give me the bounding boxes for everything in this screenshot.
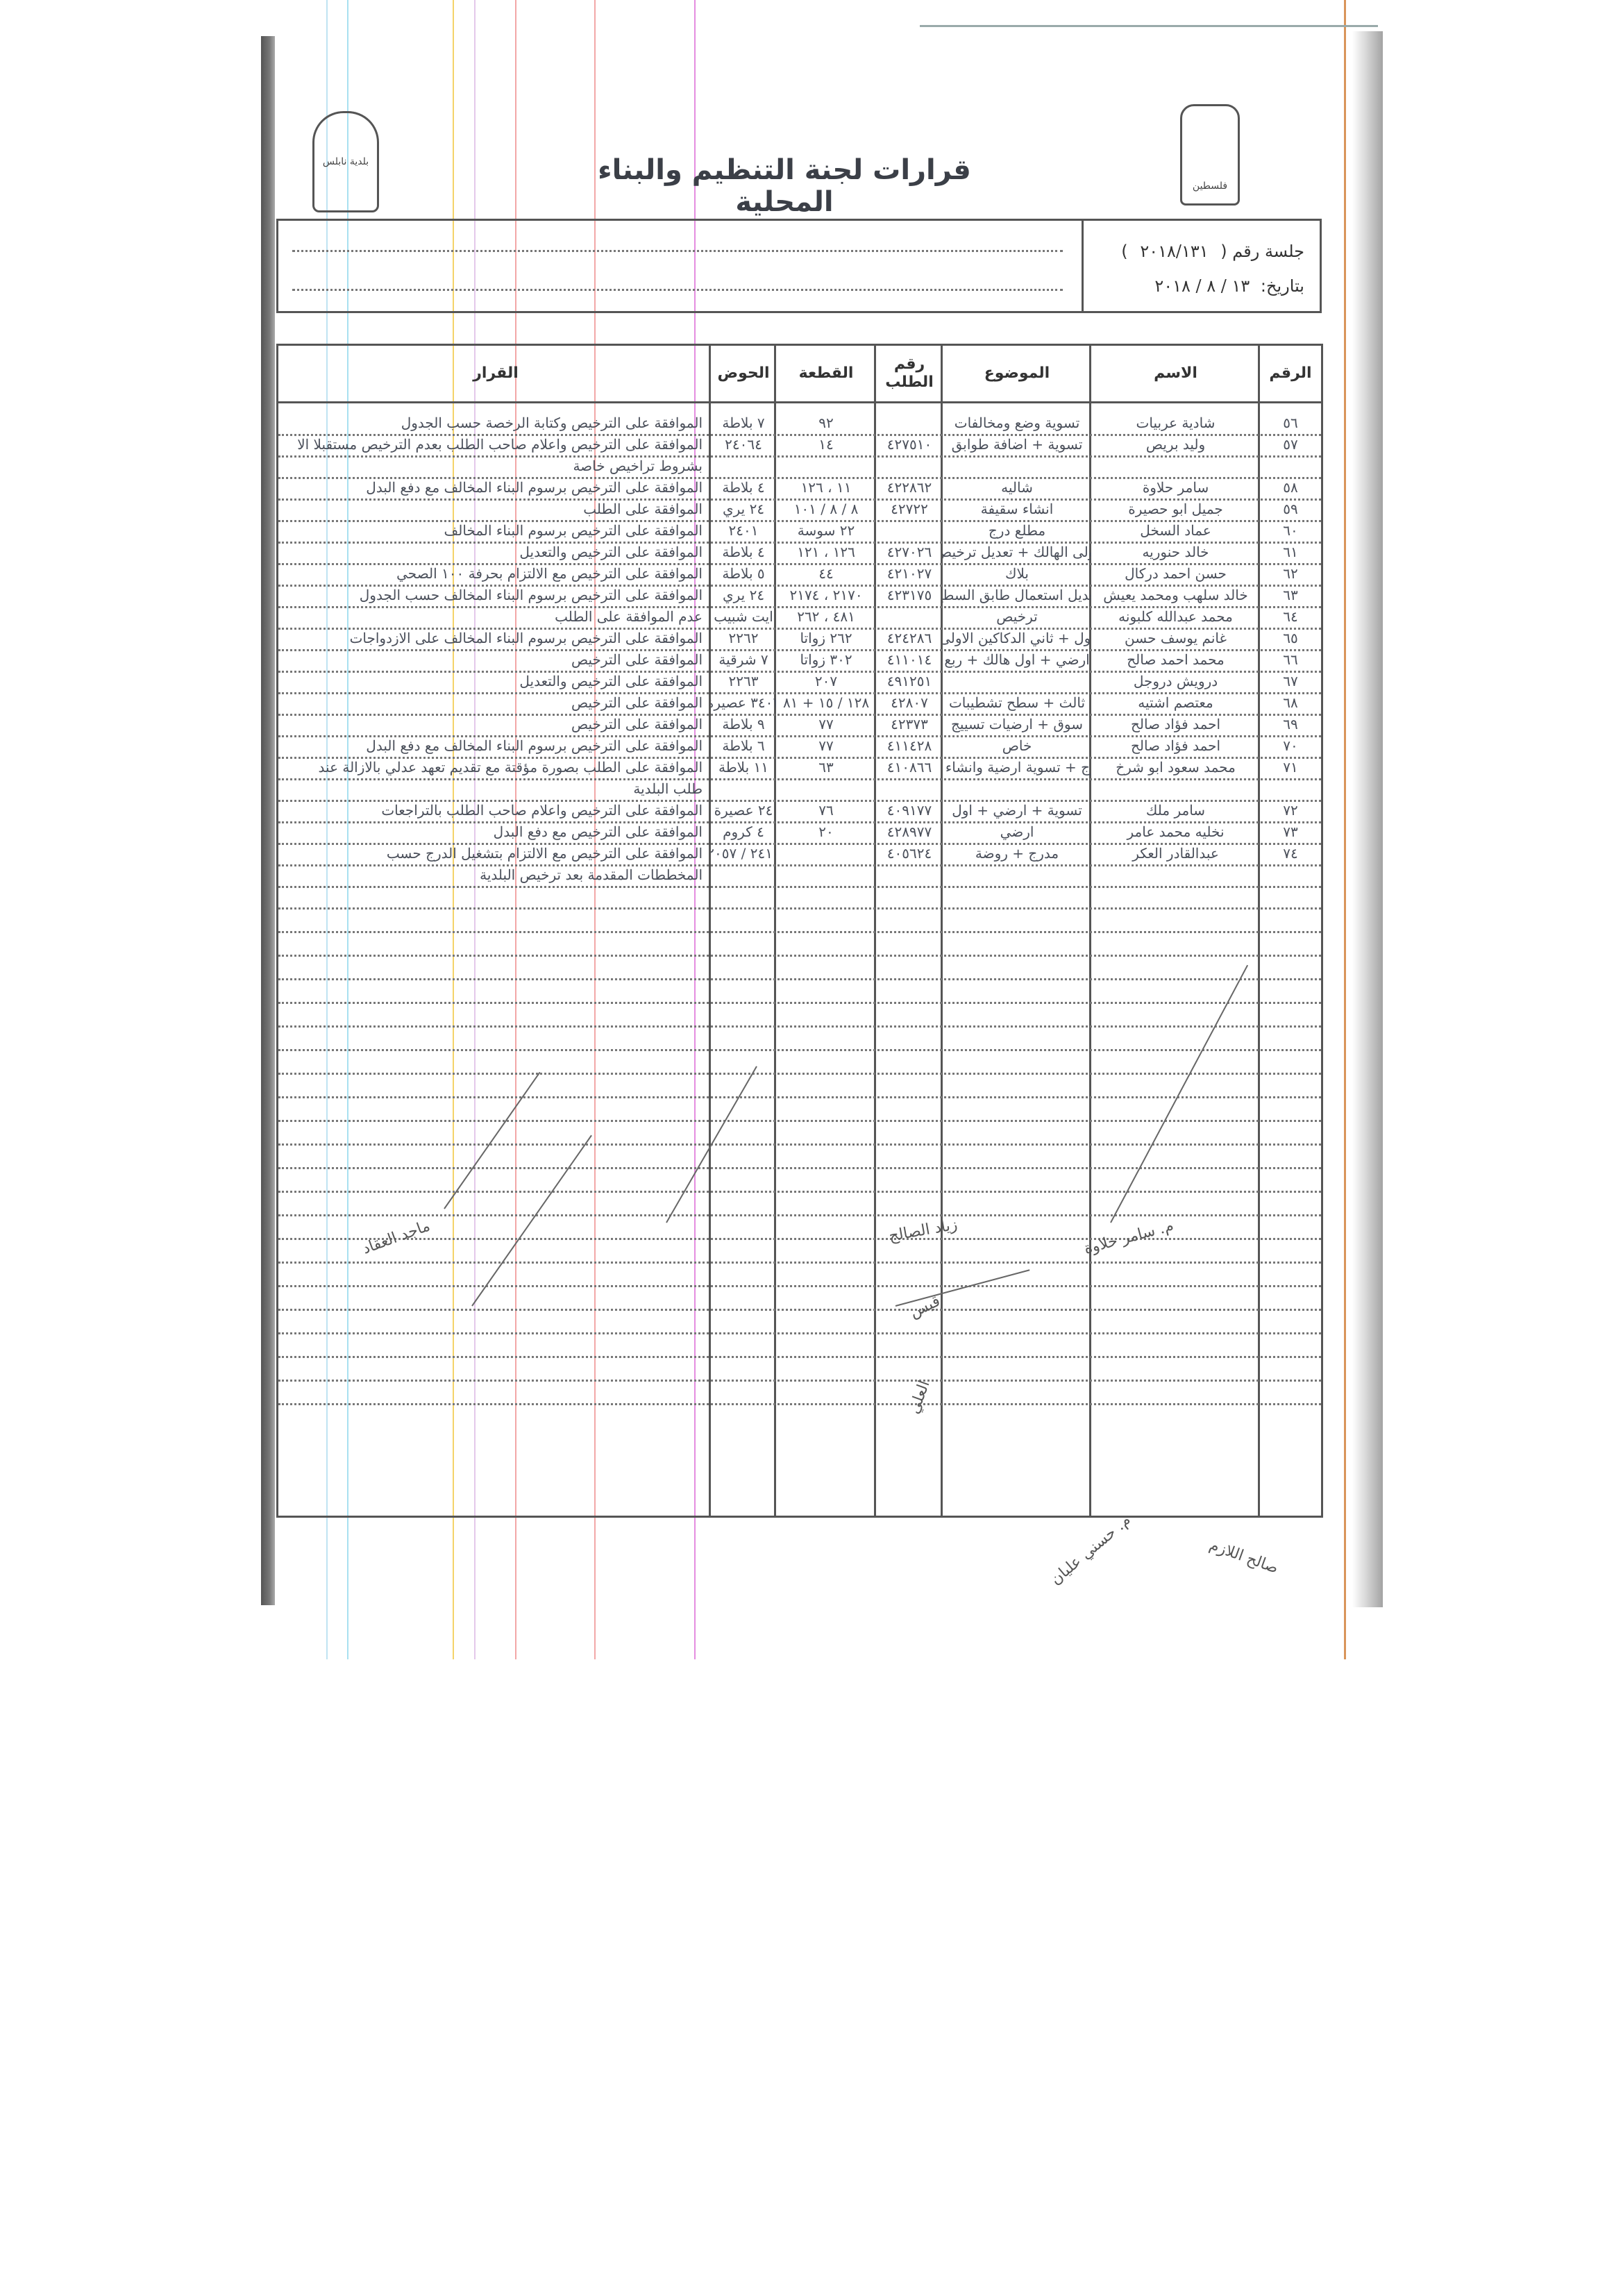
cell-parcel — [776, 862, 876, 886]
cell-name: غانم يوسف حسن — [1091, 626, 1260, 649]
cell-subject: تسوية + ارضي + اول — [943, 798, 1091, 821]
cell-subject: مدرج + تسوية ارضية وانشاء (٣) — [943, 755, 1091, 778]
cell-subject: ثالث + سطح تشطيبات — [943, 690, 1091, 714]
cell-decision: الموافقة على الترخيص برسوم البناء المخال… — [280, 583, 711, 606]
state-eagle-emblem-icon: فلسطين — [1180, 104, 1240, 206]
cell-request-no: ٤٢٧٠٢٦ — [876, 539, 943, 563]
cell-number — [1260, 453, 1321, 477]
cell-subject: تعديل استعمال طابق السطح — [943, 583, 1091, 606]
cell-name: شادية عربيات — [1091, 410, 1260, 434]
empty-ruled-line — [278, 1309, 1321, 1334]
cell-number: ٥٩ — [1260, 496, 1321, 520]
cell-request-no — [876, 410, 943, 434]
empty-ruled-line — [278, 1332, 1321, 1358]
empty-ruled-line — [278, 1049, 1321, 1075]
cell-basin: ٢٤١٠٥٢ / ٢٤٢٠٥٧ — [711, 841, 776, 864]
cell-request-no: ٤٢٣٧٣ — [876, 712, 943, 735]
cell-number: ٦٦ — [1260, 647, 1321, 671]
cell-name: احمد فؤاد صالح — [1091, 712, 1260, 735]
cell-number: ٧٤ — [1260, 841, 1321, 864]
cell-name — [1091, 776, 1260, 800]
cell-basin: ايت شبيب — [711, 604, 776, 628]
cell-parcel: ٧٧ — [776, 712, 876, 735]
cell-basin: ٢٤٠٦٤ — [711, 432, 776, 455]
cell-request-no: ٤٠٥٦٢٤ — [876, 841, 943, 864]
cell-name — [1091, 453, 1260, 477]
cell-number — [1260, 776, 1321, 800]
signature: م. حسني عليان — [1048, 1511, 1134, 1589]
cell-decision: الموافقة على الترخيص — [280, 647, 711, 671]
cell-subject — [943, 669, 1091, 692]
cell-decision: الموافقة على الطلب بصورة مؤقتة مع تقديم … — [280, 755, 711, 778]
cell-basin — [711, 862, 776, 886]
cell-subject: انشاء سقيفة — [943, 496, 1091, 520]
empty-ruled-line — [278, 1002, 1321, 1028]
empty-ruled-line — [278, 931, 1321, 957]
cell-basin: ٦ بلاطة — [711, 733, 776, 757]
scan-shadow-right — [1352, 31, 1383, 1607]
cell-name: نخليه محمد عامر — [1091, 819, 1260, 843]
cell-number: ٧٢ — [1260, 798, 1321, 821]
empty-ruled-line — [278, 1356, 1321, 1382]
cell-number: ٦٢ — [1260, 561, 1321, 585]
municipality-logo-icon: بلدية نابلس — [312, 111, 379, 212]
empty-ruled-line — [278, 1380, 1321, 1405]
cell-number: ٧٣ — [1260, 819, 1321, 843]
table-header: الرقم الاسم الموضوع رقم الطلب القطعة الح… — [278, 346, 1321, 403]
cell-basin: ٣٤٠٢ عصيرة — [711, 690, 776, 714]
header-decision: القرار — [280, 346, 711, 401]
scan-artifact-line — [1344, 0, 1346, 1659]
cell-request-no: ٤٢١٠٢٧ — [876, 561, 943, 585]
cell-decision: الموافقة على الترخيص برسوم البناء المخال… — [280, 733, 711, 757]
cell-decision: طلب البلدية — [280, 776, 711, 800]
cell-parcel — [776, 841, 876, 864]
cell-basin: ٥ بلاطة — [711, 561, 776, 585]
cell-request-no: ٤١١٠١٤ — [876, 647, 943, 671]
cell-name: وليد بريص — [1091, 432, 1260, 455]
cell-request-no — [876, 604, 943, 628]
cell-subject — [943, 776, 1091, 800]
cell-parcel: ٩٢ — [776, 410, 876, 434]
cell-name: درويش دروجل — [1091, 669, 1260, 692]
cell-basin — [711, 776, 776, 800]
cell-parcel: ٣٠٢ زواتا — [776, 647, 876, 671]
cell-number: ٥٨ — [1260, 475, 1321, 498]
cell-number: ٦٣ — [1260, 583, 1321, 606]
cell-number: ٦٧ — [1260, 669, 1321, 692]
header-number: الرقم — [1260, 346, 1321, 401]
cell-request-no: ٤٢٧٢٢ — [876, 496, 943, 520]
cell-parcel: ٦٣ — [776, 755, 876, 778]
cell-name: عماد السخل — [1091, 518, 1260, 542]
cell-subject: ترخيص — [943, 604, 1091, 628]
cell-request-no: ٤٢٣١٧٥ — [876, 583, 943, 606]
empty-ruled-line — [278, 955, 1321, 980]
cell-subject: خاص — [943, 733, 1091, 757]
cell-number: ٦٠ — [1260, 518, 1321, 542]
cell-basin: ٧ بلاطة — [711, 410, 776, 434]
empty-ruled-line — [278, 1025, 1321, 1051]
cell-basin: ٢٢٦٣ — [711, 669, 776, 692]
cell-number: ٥٧ — [1260, 432, 1321, 455]
cell-number: ٦٨ — [1260, 690, 1321, 714]
cell-decision: الموافقة على الطلب — [280, 496, 711, 520]
cell-basin: ٢٤ عصيرة — [711, 798, 776, 821]
cell-basin: ٩ بلاطة — [711, 712, 776, 735]
cell-subject: تسوية وضع ومخالفات — [943, 410, 1091, 434]
cell-decision: الموافقة على الترخيص واعلام صاحب الطلب ب… — [280, 432, 711, 455]
cell-name: عبدالقادر العكر — [1091, 841, 1260, 864]
cell-parcel: ٢٠٧ — [776, 669, 876, 692]
session-details: جلسة رقم ( ٢٠١٨/١٣١ ) بتاريخ: ١٣ / ٨ / ٢… — [1082, 221, 1320, 311]
empty-ruled-line — [278, 907, 1321, 933]
cell-subject: بلاك — [943, 561, 1091, 585]
cell-name: حسن احمد دركال — [1091, 561, 1260, 585]
empty-ruled-line — [278, 1285, 1321, 1311]
cell-basin: ٤ كروم — [711, 819, 776, 843]
cell-request-no — [876, 453, 943, 477]
cell-parcel: ٧٦ — [776, 798, 876, 821]
cell-number: ٦٤ — [1260, 604, 1321, 628]
signature: صالح اللازم — [1207, 1536, 1281, 1577]
document-title: قرارات لجنة التنظيم والبناء المحلية — [576, 154, 993, 218]
empty-ruled-line — [278, 1120, 1321, 1146]
cell-name: معتصم اشتيه — [1091, 690, 1260, 714]
cell-name: خالد سلهب ومحمد يعيش — [1091, 583, 1260, 606]
document-header: بلدية نابلس قرارات لجنة التنظيم والبناء … — [278, 97, 1319, 215]
empty-ruled-line — [278, 1143, 1321, 1169]
cell-parcel: ٢٠ — [776, 819, 876, 843]
session-info-box: جلسة رقم ( ٢٠١٨/١٣١ ) بتاريخ: ١٣ / ٨ / ٢… — [276, 219, 1322, 313]
cell-subject: تسوية + اضافة طوابق — [943, 432, 1091, 455]
cell-name: سامر حلاوة — [1091, 475, 1260, 498]
cell-decision: الموافقة على الترخيص برسوم البناء المخال… — [280, 518, 711, 542]
cell-request-no: ٤٢٨٩٧٧ — [876, 819, 943, 843]
cell-number: ٦٥ — [1260, 626, 1321, 649]
cell-name — [1091, 862, 1260, 886]
cell-parcel — [776, 776, 876, 800]
cell-basin: ٢٤ يري — [711, 496, 776, 520]
cell-basin: ٢٤ يري — [711, 583, 776, 606]
cell-number — [1260, 862, 1321, 886]
cell-basin: ٤ بلاطة — [711, 539, 776, 563]
cell-number: ٧١ — [1260, 755, 1321, 778]
cell-decision: الموافقة على الترخيص برسوم البناء المخال… — [280, 475, 711, 498]
cell-name: محمد احمد صالح — [1091, 647, 1260, 671]
session-date: بتاريخ: ١٣ / ٨ / ٢٠١٨ — [1154, 276, 1304, 296]
cell-request-no: ٤٢٧٥١٠ — [876, 432, 943, 455]
cell-parcel: ٢١٧٠ ، ٢١٧٤ — [776, 583, 876, 606]
cell-request-no: ٤٠٩١٧٧ — [876, 798, 943, 821]
cell-subject — [943, 453, 1091, 477]
blank-dotted-line — [292, 250, 1063, 252]
cell-decision: الموافقة على الترخيص مع الالتزام بحرفة ١… — [280, 561, 711, 585]
cell-request-no: ٤١٠٨٦٦ — [876, 755, 943, 778]
blank-dotted-line — [292, 289, 1063, 291]
cell-parcel: ١٤ — [776, 432, 876, 455]
cell-name: محمد سعود ابو شرخ — [1091, 755, 1260, 778]
cell-subject: اول + ثاني الدكاكين الاولى — [943, 626, 1091, 649]
empty-ruled-line — [278, 1167, 1321, 1193]
cell-name: احمد فؤاد صالح — [1091, 733, 1260, 757]
scan-shadow-left — [261, 36, 275, 1605]
cell-parcel: ٢٢ سوسة — [776, 518, 876, 542]
cell-number: ٦٩ — [1260, 712, 1321, 735]
cell-basin: ٧ شرقية — [711, 647, 776, 671]
cell-basin: ٢٤٠١ — [711, 518, 776, 542]
header-basin: الحوض — [711, 346, 776, 401]
cell-request-no: ٤٩١٢٥١ — [876, 669, 943, 692]
cell-name: جميل ابو حصيرة — [1091, 496, 1260, 520]
decisions-table: الرقم الاسم الموضوع رقم الطلب القطعة الح… — [276, 344, 1323, 1518]
cell-request-no: ٤٢٢٨٦٢ — [876, 475, 943, 498]
cell-parcel: ٤٤ — [776, 561, 876, 585]
cell-subject — [943, 862, 1091, 886]
cell-subject: مدرج + روضة — [943, 841, 1091, 864]
cell-parcel: ١٢٦ ، ١٢١ — [776, 539, 876, 563]
cell-decision: عدم الموافقة على الطلب — [280, 604, 711, 628]
empty-ruled-line — [278, 1073, 1321, 1098]
header-subject: الموضوع — [943, 346, 1091, 401]
cell-request-no — [876, 518, 943, 542]
cell-parcel: ١١ ، ١٢٦ — [776, 475, 876, 498]
cell-decision: الموافقة على الترخيص وكتابة الرخصة حسب ا… — [280, 410, 711, 434]
empty-ruled-line — [278, 1191, 1321, 1216]
header-parcel: القطعة — [776, 346, 876, 401]
cell-parcel: ٤٨١ ، ٢٦٢ — [776, 604, 876, 628]
cell-decision: الموافقة على الترخيص مع دفع البدل — [280, 819, 711, 843]
cell-decision: الموافقة على الترخيص — [280, 712, 711, 735]
cell-number: ٧٠ — [1260, 733, 1321, 757]
cell-basin: ١١ بلاطة — [711, 755, 776, 778]
cell-decision: المخططات المقدمة بعد ترخيص البلدية — [280, 862, 711, 886]
cell-name: خالد حنوريه — [1091, 539, 1260, 563]
empty-ruled-line — [278, 1262, 1321, 1287]
cell-decision: بشروط تراخيص خاصة — [280, 453, 711, 477]
cell-parcel: ٨ / ٨ / ١٠١ — [776, 496, 876, 520]
header-request-no: رقم الطلب — [876, 346, 943, 401]
empty-ruled-line — [278, 978, 1321, 1004]
cell-basin: ٤ بلاطة — [711, 475, 776, 498]
cell-subject: ارضي — [943, 819, 1091, 843]
cell-subject: اولى الهالك + تعديل ترخيص — [943, 539, 1091, 563]
cell-name: محمد عبدالله كلبونه — [1091, 604, 1260, 628]
cell-number: ٥٦ — [1260, 410, 1321, 434]
cell-basin — [711, 453, 776, 477]
empty-ruled-line — [278, 1238, 1321, 1264]
header-name: الاسم — [1091, 346, 1260, 401]
cell-basin: ٢٢٦٢ — [711, 626, 776, 649]
cell-request-no — [876, 776, 943, 800]
cell-decision: الموافقة على الترخيص والتعديل — [280, 539, 711, 563]
cell-subject: سوق + ارضيات تسييج — [943, 712, 1091, 735]
cell-decision: الموافقة على الترخيص برسوم البناء المخال… — [280, 626, 711, 649]
cell-decision: الموافقة على الترخيص — [280, 690, 711, 714]
cell-parcel: ٧٧ — [776, 733, 876, 757]
cell-decision: الموافقة على الترخيص والتعديل — [280, 669, 711, 692]
cell-request-no — [876, 862, 943, 886]
cell-decision: الموافقة على الترخيص مع الالتزام بتشغيل … — [280, 841, 711, 864]
cell-request-no: ٤٢٤٢٨٦ — [876, 626, 943, 649]
scan-top-edge — [920, 25, 1378, 27]
cell-subject: مطلع درج — [943, 518, 1091, 542]
cell-number: ٦١ — [1260, 539, 1321, 563]
cell-subject: ارضي + اول هالك + ربع — [943, 647, 1091, 671]
cell-decision: الموافقة على الترخيص واعلام صاحب الطلب ب… — [280, 798, 711, 821]
cell-request-no: ٤٢٨٠٧ — [876, 690, 943, 714]
cell-request-no: ٤١١٤٢٨ — [876, 733, 943, 757]
cell-parcel: ٢٦٢ زواتا — [776, 626, 876, 649]
cell-parcel: ١٢٨ / ١٥ + ٨١ — [776, 690, 876, 714]
session-number: جلسة رقم ( ٢٠١٨/١٣١ ) — [1121, 242, 1304, 261]
empty-ruled-line — [278, 884, 1321, 910]
cell-subject: شاليه — [943, 475, 1091, 498]
cell-name: سامر ملك — [1091, 798, 1260, 821]
cell-parcel — [776, 453, 876, 477]
